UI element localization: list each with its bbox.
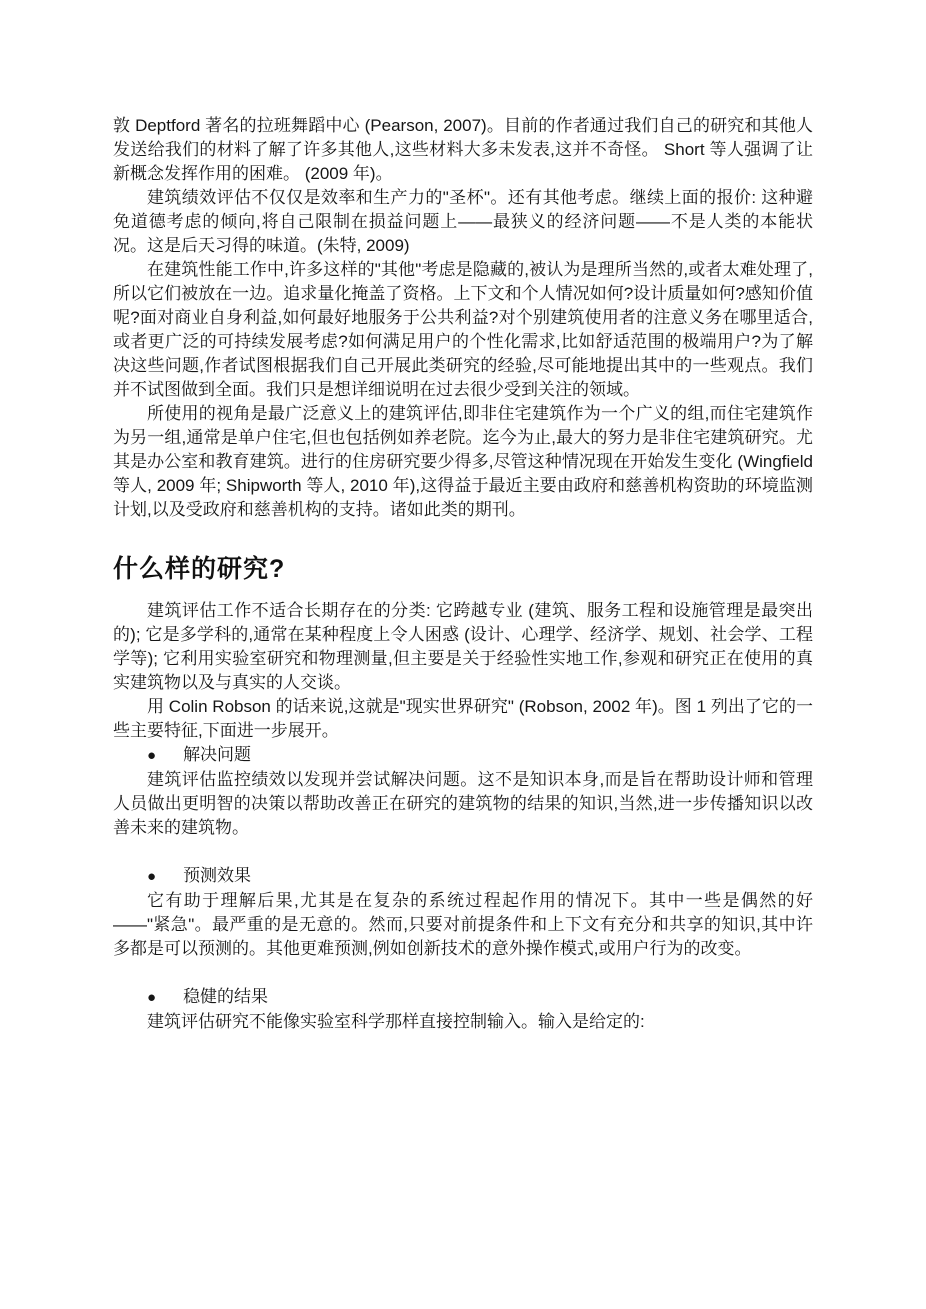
paragraph-predict-effects-body: 它有助于理解后果,尤其是在复杂的系统过程起作用的情况下。其中一些是偶然的好——"… — [113, 889, 813, 961]
section-heading-what-kind-of-research: 什么样的研究? — [113, 553, 813, 585]
bullet-item-solve-problems: ●解决问题 — [113, 743, 813, 768]
bullet-icon: ● — [147, 744, 156, 768]
paragraph-intro-continuation: 敦 Deptford 著名的拉班舞蹈中心 (Pearson, 2007)。目前的… — [113, 114, 813, 186]
document-page: 敦 Deptford 著名的拉班舞蹈中心 (Pearson, 2007)。目前的… — [113, 114, 813, 1034]
paragraph-holy-grail: 建筑绩效评估不仅仅是效率和生产力的"圣杯"。还有其他考虑。继续上面的报价: 这种… — [113, 186, 813, 258]
paragraph-real-world-research: 用 Colin Robson 的话来说,这就是"现实世界研究" (Robson,… — [113, 695, 813, 743]
bullet-label-solve-problems: 解决问题 — [183, 745, 251, 764]
bullet-item-robust-results: ●稳健的结果 — [113, 985, 813, 1010]
paragraph-classification: 建筑评估工作不适合长期存在的分类: 它跨越专业 (建筑、服务工程和设施管理是最突… — [113, 599, 813, 695]
paragraph-solve-problems-body: 建筑评估监控绩效以发现并尝试解决问题。这不是知识本身,而是旨在帮助设计师和管理人… — [113, 768, 813, 840]
bullet-icon: ● — [147, 865, 156, 889]
bullet-label-robust-results: 稳健的结果 — [183, 987, 268, 1006]
paragraph-perspective: 所使用的视角是最广泛意义上的建筑评估,即非住宅建筑作为一个广义的组,而住宅建筑作… — [113, 402, 813, 522]
paragraph-hidden-considerations: 在建筑性能工作中,许多这样的"其他"考虑是隐藏的,被认为是理所当然的,或者太难处… — [113, 258, 813, 402]
bullet-item-predict-effects: ●预测效果 — [113, 864, 813, 889]
paragraph-robust-results-body: 建筑评估研究不能像实验室科学那样直接控制输入。输入是给定的: — [113, 1010, 813, 1034]
bullet-label-predict-effects: 预测效果 — [183, 866, 251, 885]
bullet-icon: ● — [147, 986, 156, 1010]
